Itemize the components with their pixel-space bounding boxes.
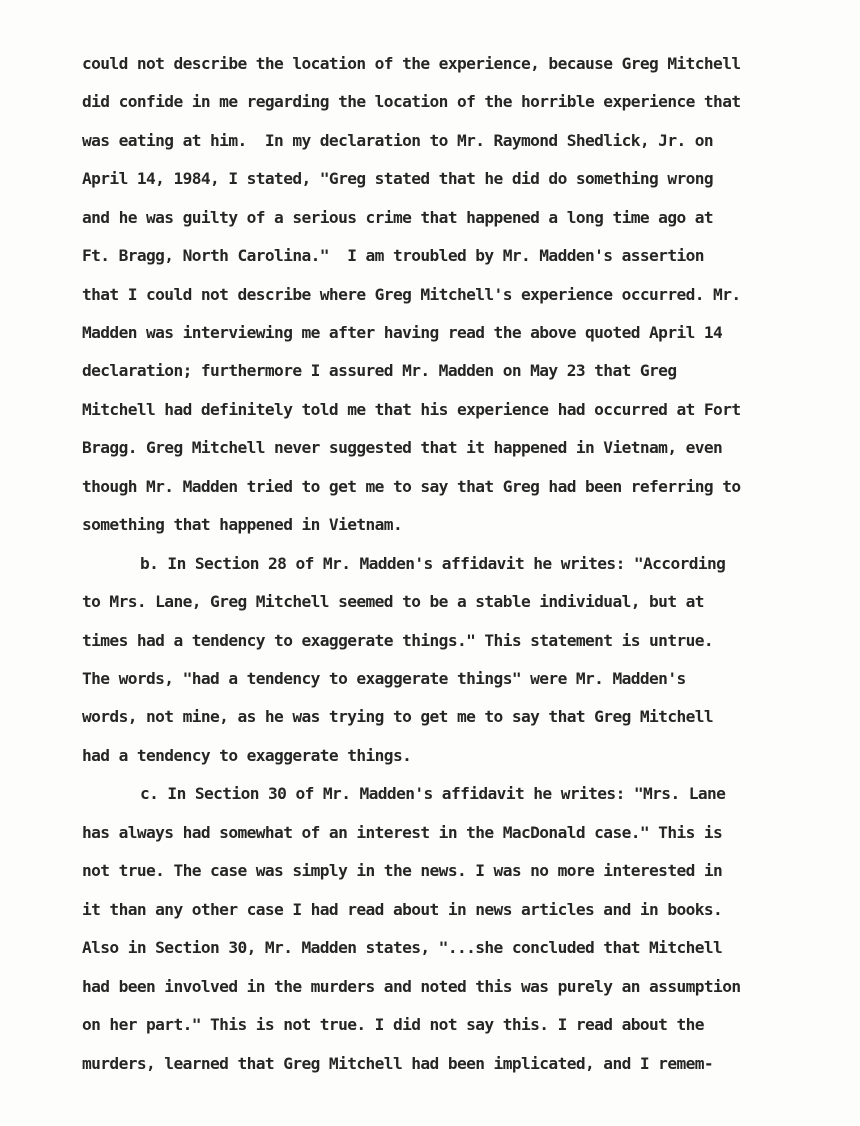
text-line: words, not mine, as he was trying to get… [82, 707, 713, 727]
paragraph-c-start: c. In Section 30 of Mr. Madden's affidav… [140, 784, 725, 804]
text-line: was eating at him. In my declaration to … [82, 131, 713, 151]
text-line: though Mr. Madden tried to get me to say… [82, 477, 741, 497]
text-line: April 14, 1984, I stated, "Greg stated t… [82, 169, 713, 189]
text-line: has always had somewhat of an interest i… [82, 823, 722, 843]
text-line: Ft. Bragg, North Carolina." I am trouble… [82, 246, 704, 266]
text-line: not true. The case was simply in the new… [82, 861, 722, 881]
text-line: that I could not describe where Greg Mit… [82, 285, 741, 305]
text-line: had a tendency to exaggerate things. [82, 746, 411, 766]
text-line: something that happened in Vietnam. [82, 515, 402, 535]
text-line: and he was guilty of a serious crime tha… [82, 208, 713, 228]
text-line: could not describe the location of the e… [82, 54, 741, 74]
document-page: could not describe the location of the e… [0, 0, 860, 1126]
text-line: on her part." This is not true. I did no… [82, 1015, 704, 1035]
text-line: Mitchell had definitely told me that his… [82, 400, 741, 420]
text-line: murders, learned that Greg Mitchell had … [82, 1054, 713, 1074]
text-line: it than any other case I had read about … [82, 900, 722, 920]
text-line: Also in Section 30, Mr. Madden states, "… [82, 938, 722, 958]
text-line: had been involved in the murders and not… [82, 977, 741, 997]
text-line: Madden was interviewing me after having … [82, 323, 722, 343]
text-line: did confide in me regarding the location… [82, 92, 741, 112]
text-line: to Mrs. Lane, Greg Mitchell seemed to be… [82, 592, 704, 612]
text-line: times had a tendency to exaggerate thing… [82, 631, 713, 651]
text-line: The words, "had a tendency to exaggerate… [82, 669, 686, 689]
paragraph-b-start: b. In Section 28 of Mr. Madden's affidav… [140, 554, 725, 574]
text-line: Bragg. Greg Mitchell never suggested tha… [82, 438, 722, 458]
text-line: declaration; furthermore I assured Mr. M… [82, 361, 676, 381]
